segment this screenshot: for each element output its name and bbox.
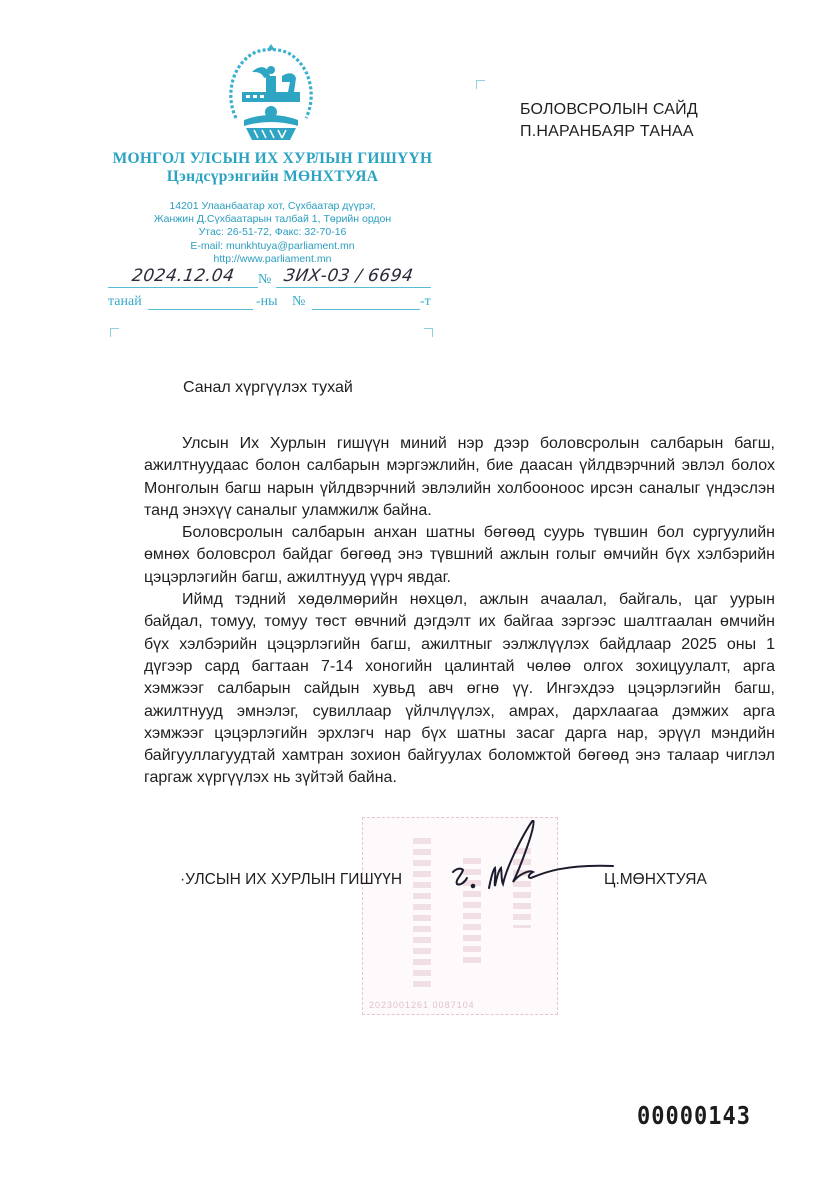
phone-fax-line: Утас: 26-51-72, Факс: 32-70-16	[100, 226, 445, 239]
body-line: дүгээр сард багтаан 7-14 хоногийн цалинт…	[115, 656, 775, 678]
body-line: байдал, томуу, томуу төст өвчний дэгдэлт…	[115, 611, 775, 633]
body-line: өмнөх боловсрол байдаг бөгөөд энэ түвшни…	[115, 544, 775, 566]
number-line	[276, 287, 431, 288]
recipient-block: БОЛОВСРОЛЫН САЙД П.НАРАНБАЯР ТАНАА	[520, 99, 698, 143]
body-paragraph: Иймд тэдний хөдөлмөрийн нөхцөл, ажлын ач…	[115, 589, 775, 790]
body-line: цэцэрлэгийн багш, ажилтнууд үүрч явдаг.	[115, 567, 775, 589]
body-paragraph: Улсын Их Хурлын гишүүн миний нэр дээр бо…	[115, 433, 775, 522]
body-paragraph: Боловсролын салбарын анхан шатны бөгөөд …	[115, 522, 775, 589]
email-line: E-mail: munkhtuya@parliament.mn	[100, 240, 445, 253]
body-line: Монголын багш нарын үйлдвэрчний эвлэлийн…	[115, 478, 775, 500]
corner-mark	[424, 328, 433, 337]
state-emblem-icon	[222, 40, 320, 148]
letter-body: Улсын Их Хурлын гишүүн миний нэр дээр бо…	[115, 433, 775, 790]
reply-prefix-label: танай	[108, 294, 142, 310]
body-line: хэмжээг салбарын сайдын хувьд авч өгнө ү…	[115, 678, 775, 700]
address-line: 14201 Улаанбаатар хот, Сүхбаатар дүүрэг,	[100, 200, 445, 213]
body-line: Улсын Их Хурлын гишүүн миний нэр дээр бо…	[115, 433, 775, 455]
handwritten-number: ЗИХ-03 / 6694	[283, 266, 415, 286]
corner-mark	[476, 80, 485, 89]
body-line: гаргаж хүргүүлэх нь зүйтэй байна.	[115, 767, 775, 789]
reply-mid-label: -ны	[256, 294, 278, 310]
address-line: Жанжин Д.Сүхбаатарын талбай 1, Төрийн ор…	[100, 213, 445, 226]
body-line: Иймд тэдний хөдөлмөрийн нөхцөл, ажлын ач…	[115, 589, 775, 611]
stamp-script	[413, 838, 431, 988]
reply-suffix-label: -т	[420, 294, 431, 310]
stamp-number: 2023001261 0087104	[369, 1000, 475, 1010]
letterhead-member-name: Цэндсүрэнгийн МӨНХТУЯА	[100, 168, 445, 186]
corner-mark	[110, 328, 119, 337]
body-line: байгууллагуудтай хамтран зохион байгуула…	[115, 745, 775, 767]
number-label: №	[258, 272, 271, 288]
document-serial-number: 00000143	[637, 1102, 751, 1131]
body-line: ажилтнуудаас болон салбарын мэргэжлийн, …	[115, 455, 775, 477]
reference-block: 2024.12.04 № ЗИХ-03 / 6694 танай -ны № -…	[108, 265, 433, 325]
body-line: ажилтнууд эмнэлэг, сувиллаар үйлчлүүлэх,…	[115, 701, 775, 723]
body-line: бүх хэлбэрийн цэцэрлэгийн багш, ажилтныг…	[115, 634, 775, 656]
date-line	[108, 287, 258, 288]
reply-number-label: №	[292, 294, 305, 310]
reply-number-line	[312, 309, 420, 310]
body-line: танд энэхүү саналыг уламжилж байна.	[115, 500, 775, 522]
signatory-name: Ц.МӨНХТУЯА	[604, 871, 707, 889]
signatory-title: ·УЛСЫН ИХ ХУРЛЫН ГИШҮҮН	[180, 871, 402, 889]
body-line: Боловсролын салбарын анхан шатны бөгөөд …	[115, 522, 775, 544]
recipient-title: БОЛОВСРОЛЫН САЙД	[520, 99, 698, 121]
letter-subject: Санал хүргүүлэх тухай	[183, 379, 353, 397]
letterhead-address: 14201 Улаанбаатар хот, Сүхбаатар дүүрэг,…	[100, 200, 445, 266]
reply-date-line	[148, 309, 253, 310]
letterhead-title: МОНГОЛ УЛСЫН ИХ ХУРЛЫН ГИШҮҮН	[100, 150, 445, 168]
handwritten-signature-icon	[445, 820, 615, 900]
recipient-name: П.НАРАНБАЯР ТАНАА	[520, 121, 698, 143]
body-line: хэмжээг цэцэрлэгийн эрхлэгч нар бүх шатн…	[115, 723, 775, 745]
handwritten-date: 2024.12.04	[131, 266, 236, 286]
